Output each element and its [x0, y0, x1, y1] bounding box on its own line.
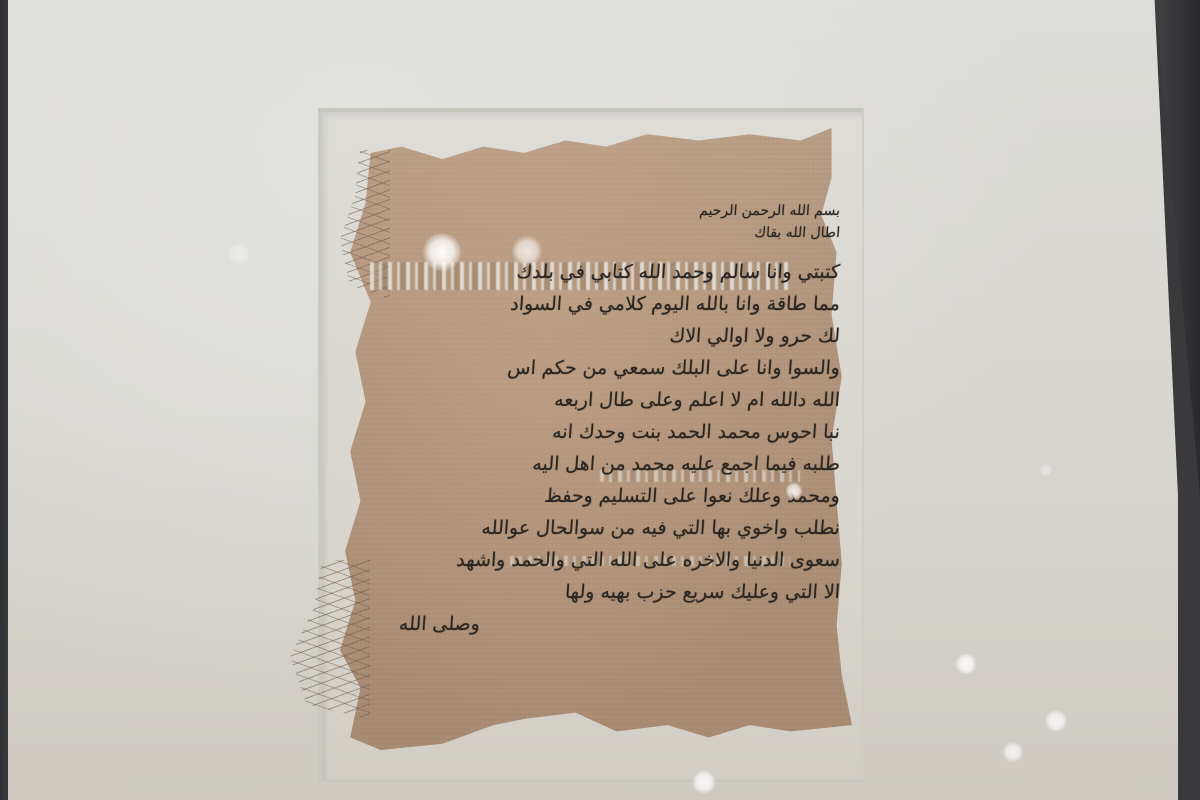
museum-display-scene: بسم الله الرحمن الرحيم اطال الله بقاك كت… — [0, 0, 1200, 800]
glass-reflection-spot — [1003, 742, 1023, 762]
glass-reflection-spot — [1040, 464, 1052, 476]
text-line: طلبه فيما اجمع عليه محمد من اهل اليه — [359, 448, 841, 480]
glass-reflection-spot — [423, 233, 461, 271]
text-line-basmala: بسم الله الرحمن الرحيم — [539, 200, 841, 222]
text-line: سعوى الدنيا والاخره على الله التي والحمد… — [359, 544, 841, 576]
text-line: نبا احوس محمد الحمد بنت وحدك انه — [359, 416, 841, 448]
text-line: الله دالله ام لا اعلم وعلى طال اربعه — [359, 384, 841, 416]
text-line: اطال الله بقاك — [589, 222, 841, 244]
text-line: مما طاقة وانا بالله اليوم كلامي في السوا… — [359, 288, 841, 320]
text-line: والسوا وانا على البلك سمعي من حكم اس — [359, 352, 841, 384]
glass-reflection-spot — [955, 654, 977, 674]
glass-reflection-spot — [228, 243, 250, 265]
glass-reflection-spot — [693, 770, 715, 794]
text-line: ومحمد وعلك نعوا على التسليم وحفظ — [359, 480, 841, 512]
text-line: الا التي وعليك سريع حزب بهيه ولها — [359, 576, 841, 608]
text-line: لك حرو ولا اوالي الاك — [359, 320, 841, 352]
glass-reflection-spot — [786, 482, 802, 500]
glass-reflection-spot — [512, 236, 542, 266]
glass-reflection-spot — [1045, 710, 1067, 732]
text-line: نطلب واخوي بها التي فيه من سوالحال عوالل… — [359, 512, 841, 544]
text-line-closing: وصلى الله — [359, 608, 481, 640]
